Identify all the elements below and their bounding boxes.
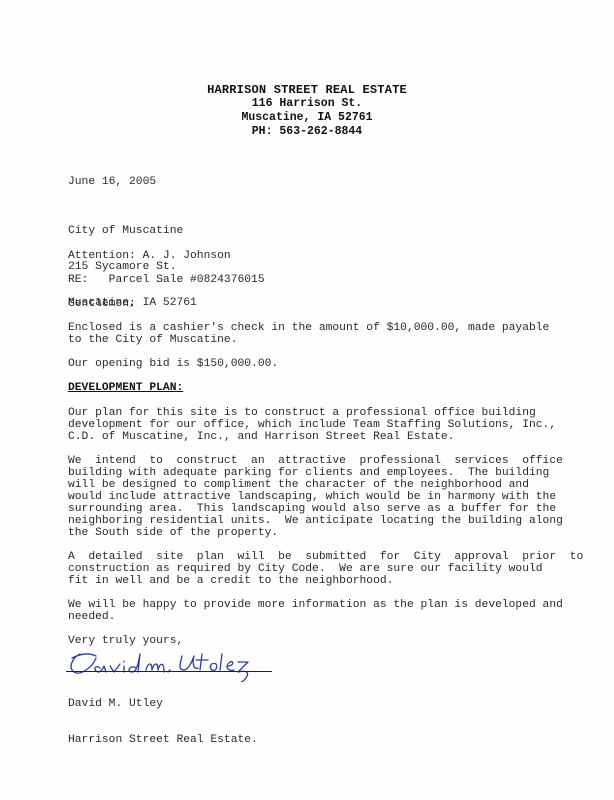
plan-paragraph: Our plan for this site is to construct a… [68,407,556,443]
signer-company: Harrison Street Real Estate. [68,734,258,746]
development-plan-heading: DEVELOPMENT PLAN: [68,382,183,394]
company-street: 116 Harrison St. [0,97,614,111]
closing: Very truly yours, [68,635,183,647]
company-city: Muscatine, IA 52761 [0,111,614,125]
check-paragraph: Enclosed is a cashier's check in the amo… [68,322,549,346]
recipient-street: 215 Sycamore St. [68,261,197,273]
intent-paragraph: We intend to construct an attractive pro… [68,455,563,539]
letter-page: HARRISON STREET REAL ESTATE 116 Harrison… [0,0,614,800]
company-name: HARRISON STREET REAL ESTATE [0,83,614,97]
signature-line [66,671,272,672]
re-line: RE: Parcel Sale #0824376015 [68,274,265,286]
attention-line: Attention: A. J. Johnson [68,250,231,262]
salutation: Gentlemen: [68,298,136,310]
letter-date: June 16, 2005 [68,176,156,188]
recipient-name: City of Muscatine [68,225,197,237]
letterhead: HARRISON STREET REAL ESTATE 116 Harrison… [0,83,614,139]
bid-paragraph: Our opening bid is $150,000.00. [68,358,278,370]
closing-info-paragraph: We will be happy to provide more informa… [68,599,563,623]
site-plan-paragraph: A detailed site plan will be submitted f… [68,551,583,587]
recipient-address: City of Muscatine 215 Sycamore St. Musca… [68,201,197,333]
signer-block: David M. Utley Harrison Street Real Esta… [68,674,258,770]
company-phone: PH: 563-262-8844 [0,125,614,139]
signer-name: David M. Utley [68,698,258,710]
